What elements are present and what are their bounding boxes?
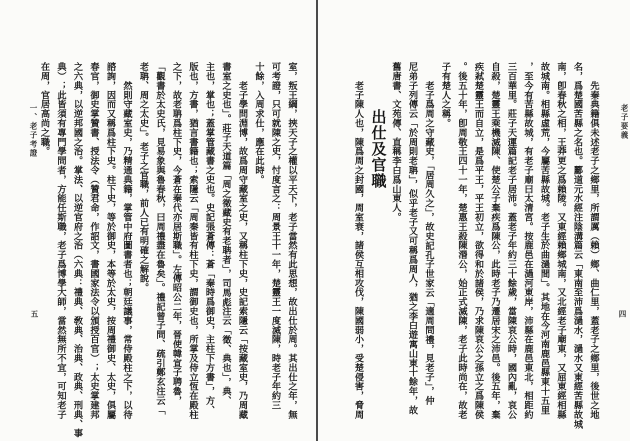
text-column: 「觀書於太史氏，見易象與魯春秋，曰周禮盡在魯矣」。禮記曾子問、疏引鄭玄注云「 — [152, 62, 169, 434]
text-column: 典）；此皆須有專門學問者，方能任斯職，老子爲博學大師，當然無所不宜，可知老子 — [53, 62, 70, 434]
left-text-block: 室，叛王綱，挾天子之權以平天下，老子當然有此思想，故出仕於周。其出仕之年，無 可… — [36, 62, 300, 434]
text-column: 先秦典籍俱未述老子之鄉里，所謂厲（賴）鄉、曲仁里，蓋老子之鄉里，後世之地 — [586, 62, 603, 434]
page-right: 先秦典籍俱未述老子之鄉里，所謂厲（賴）鄉、曲仁里，蓋老子之鄉里，後世之地 名，爲… — [318, 0, 630, 441]
text-column: 之下，故老聃爲柱下史，今蒼在秦代亦居斯職」。左傳昭公二年，晉使韓宣子聘魯， — [168, 62, 185, 434]
text-column: 三百華里。莊子天運篇記老子居沛。蓋老子年約三十餘歲，當陳哀公時，國內亂，哀公 — [503, 62, 520, 434]
text-column: 之六典，以逆邦國之治。掌法、以逆官府之治（六典：禮典、敎典、治典、政典、刑典、事 — [69, 62, 86, 434]
right-text-block: 先秦典籍俱未述老子之鄉里，所謂厲（賴）鄉、曲仁里，蓋老子之鄉里，後世之地 名，爲… — [350, 62, 602, 434]
text-column: 老聃、周之太史」。老子之官職，前人已有明確之解說。 — [135, 62, 152, 434]
page-left: 室，叛王綱，挾天子之權以平天下，老子當然有此思想，故出仕於周。其出仕之年，無 可… — [0, 0, 316, 441]
text-column: 版也，方書，猶言書籍也；索隱云「周秦皆有柱下史，謂御史也，所掌及侍立恆在殿柱 — [185, 62, 202, 434]
left-page-number: 五 — [29, 310, 40, 319]
text-column: 名，爲楚國苦縣之名也。酈道元水經注陰溝篇云「東南至沛爲濄水，濄水又東經苦縣故城 — [569, 62, 586, 434]
text-column: 室，叛王綱，挾天子之權以平天下，老子當然有此思想，故出仕於周。其出仕之年，無 — [284, 62, 301, 434]
text-column: 書室之史也」。莊子天道篇「周之徵藏史有老聃者」，司馬彪注云「徵、典也」，典、 — [218, 62, 235, 434]
text-column: 尼弟子列傳云「於周則老聃」，似乎老子又可稱爲周人，猶之李白遊寓山東十餘年，故 — [404, 62, 421, 434]
right-margin-book-title: 老子要義 — [619, 104, 630, 140]
text-column: 主也，掌也；蓋掌管藏書之史也。史記張蒼傳：蒼「秦時爲御史，主柱下方書」，方、 — [201, 62, 218, 434]
text-column: 然則守藏室史，乃精通典籍，掌管中府圖書者也；朝廷議事，常侍殿柱之下，以待 — [119, 62, 136, 434]
text-column: 。後五十年，卽周敬王四十一年，楚惠王殺陳湣公，始正式滅陳，老子此時尚在，故老 — [454, 62, 471, 434]
right-page-number: 四 — [617, 310, 628, 319]
text-column: ，至今有苦縣故城，有老子廟曰太清宮。按鹿邑在濄河東岸，沛縣在鹿邑東北，相距約 — [520, 62, 537, 434]
text-column: 老子陳人也，陳爲周之封國，周室衰，諸侯互相攻伐，陳國弱小，受楚侵害，脅周 — [350, 62, 367, 434]
text-column: 疾弒楚靈王而自立，是爲平王，平王初立，欲得和於諸侯，乃求陳哀公之孫立之爲陳侯 — [470, 62, 487, 434]
text-column: 可考證，只可就陳之史，忖度言之：周景王十一年，楚靈王一度滅陳，時老子年約三 — [267, 62, 284, 434]
section-heading: 出仕及官職 — [367, 62, 388, 434]
text-column: 故城南。相縣虛荒，今屬苦縣故城。老子生於曲濄間」。其地在今河南鹿邑縣東十五里 — [536, 62, 553, 434]
text-column: 諮詢，因而又稱爲柱下史。柱下史，等於御史，本等於太史，按周禮御史、太史，俱屬 — [102, 62, 119, 434]
text-column: 春官，御史掌贊書、授法令（贊君命，作詔文，書國家法令以頒授百官）；太史掌建邦 — [86, 62, 103, 434]
text-column: 舊唐書、文苑傳、直稱李白爲山東人。 — [388, 62, 405, 434]
text-column: 老子學問淵博，故爲周守藏室之史，又稱柱下史，史記索隱云「按藏室史，乃周藏 — [234, 62, 251, 434]
text-column: 老子爲周之守藏史，「居周久之」，故史記孔子世家云「適周問禮，見老子」，仲 — [421, 62, 438, 434]
text-column: 十餘，入周求仕，應在此時。 — [251, 62, 268, 434]
text-column: 自殺，楚靈王乘機滅陳、使楚公子棄疾爲陳公，此時老子乃遷居宋之沛邑。後五年，棄 — [487, 62, 504, 434]
text-column: 子有楚人之稱。 — [437, 62, 454, 434]
left-margin-chapter-title: 一、老子考證 — [28, 104, 39, 158]
text-column: 南，卽春秋之相，王莽更之爲賴陵。又東經賴鄉城南，又北經老子廟東，又屈東經相縣 — [553, 62, 570, 434]
book-scan: 室，叛王綱，挾天子之權以平天下，老子當然有此思想，故出仕於周。其出仕之年，無 可… — [0, 0, 630, 441]
